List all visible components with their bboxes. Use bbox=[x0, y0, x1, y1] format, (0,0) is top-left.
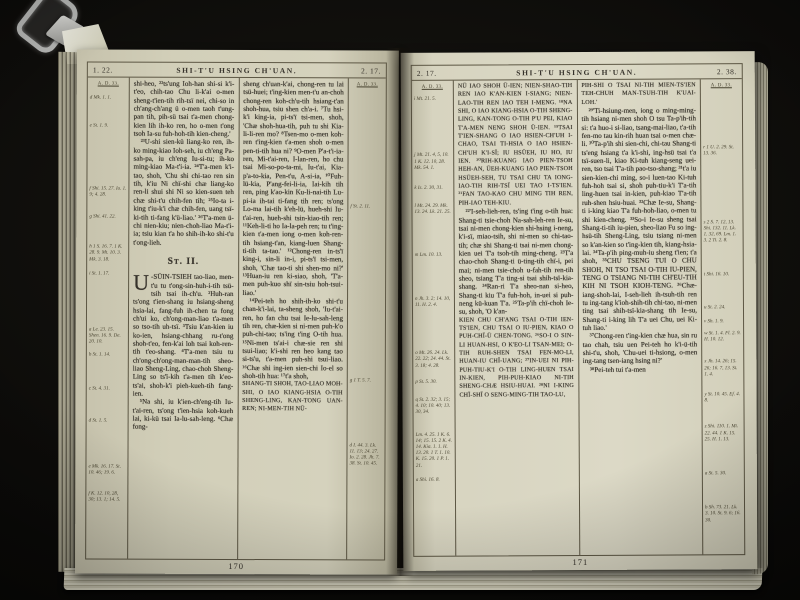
margin-note: v Sh. 1. 9. bbox=[704, 319, 741, 325]
margin-note: A. D. 33. bbox=[351, 82, 384, 88]
margin-note: g Shi. 41. 22. bbox=[89, 214, 126, 220]
margin-note: i St. 1. 17. bbox=[89, 271, 126, 277]
margin-notes-column: A. D. 33.r 1 U. 2. 29. St. 13. 36.s 2 S.… bbox=[700, 79, 744, 554]
scripture-paragraph: ²²'I-seh-lieh-ren, ts'ing t'ing o-tih hu… bbox=[458, 207, 573, 316]
margin-note: A. D. 33. bbox=[414, 85, 451, 91]
right-page-frame: 2. 17. SHI-T'U HSING CH'UAN. 2. 38. A. D… bbox=[411, 63, 746, 557]
scripture-paragraph: sheng ch'uan-k'ai, chong-ren tu lai tsü-… bbox=[243, 80, 344, 297]
margin-note: y St. 10. 45. Ef. 4. 8. bbox=[704, 392, 741, 405]
left-page: 1. 22. SHI-T'U HSING CH'UAN. 2. 17. A. D… bbox=[75, 49, 399, 574]
margin-note: b Sh. 73. 21. Lk. 3. 10. St. 9. 6; 16. 3… bbox=[705, 505, 742, 524]
scripture-paragraph: ⁵Na shi, iu k'ien-ch'eng-tih Iu-t'ai-ren… bbox=[133, 398, 234, 432]
left-page-frame: 1. 22. SHI-T'U HSING CH'UAN. 2. 17. A. D… bbox=[85, 61, 387, 560]
scripture-paragraph: PIH-SHI O TSAI NI-TIH MIEN-TS'IEN TEH-CH… bbox=[581, 81, 696, 107]
running-head-title: SHI-T'U HSING CH'UAN. bbox=[516, 67, 637, 77]
margin-note: s 2 S. 7. 12, 13. Shi. 132. 11. Lk. 1. 3… bbox=[704, 220, 741, 245]
page-number: 170 bbox=[75, 560, 397, 571]
margin-note: e Mk. 16. 17. St. 10. 46; 19. 6. bbox=[88, 465, 125, 478]
margin-note: i Mt. 21. 5. bbox=[414, 97, 451, 103]
photo-background: 1. 22. SHI-T'U HSING CH'UAN. 2. 17. A. D… bbox=[0, 0, 800, 600]
margin-note: n Jh. 3. 2; 14. 10, 11. H. 2. 4. bbox=[415, 296, 452, 309]
margin-note: k Is. 2. 30, 31. bbox=[414, 186, 451, 192]
margin-note: r 1 U. 2. 29. St. 13. 36. bbox=[703, 145, 740, 158]
margin-note: a St. 5. 30. bbox=[705, 471, 742, 477]
scripture-paragraph: U-SÜIN-TSIEH tao-liao, men-t'u tu t'ong-… bbox=[133, 273, 234, 399]
margin-note: f St. 2. 11. bbox=[350, 205, 383, 211]
scripture-paragraph: KIEN CHU CH'ANG TSAI O-TIH IEN-TS'IEN, C… bbox=[459, 316, 574, 400]
page-number: 171 bbox=[403, 556, 757, 568]
margin-note: z Shi. 110. 1. Mt. 22. 44. 1 K. 15. 25. … bbox=[705, 425, 742, 444]
head-verse-ref-right: 2. 38. bbox=[717, 67, 737, 76]
margin-note: a Shi. 16. 8. bbox=[416, 478, 453, 484]
head-verse-ref-left: 2. 17. bbox=[417, 68, 437, 77]
margin-note: u St. 2. 24. bbox=[704, 305, 741, 311]
text-column: sheng ch'uan-k'ai, chong-ren tu lai tsü-… bbox=[237, 78, 348, 559]
margin-note: p St. 5. 30. bbox=[415, 380, 452, 386]
head-verse-ref-right: 2. 17. bbox=[361, 66, 381, 75]
scripture-paragraph: ²³U-shi sien-kü liang-ko ren, ih-ko ming… bbox=[133, 138, 234, 247]
margin-note: Lm. 4. 25. 1 K. 6. 14; 15. 15. 2 K. 4. 1… bbox=[416, 432, 453, 469]
scripture-paragraph: shi-heo, ²²ts'ung Ioh-han shi-si k'i-t'e… bbox=[134, 80, 235, 139]
margin-note: d St. 1. 5. bbox=[89, 419, 126, 425]
margin-note: m Lm. 10. 13. bbox=[415, 252, 452, 258]
left-running-head: 1. 22. SHI-T'U HSING CH'UAN. 2. 17. bbox=[88, 62, 386, 78]
margin-note: h 1 S. 16. 7. 1 K. 28. 9. Mt. 10. 3. Mk.… bbox=[89, 245, 126, 264]
margin-note: e St. 1. 9. bbox=[90, 124, 127, 130]
margin-note: A. D. 33. bbox=[90, 81, 127, 87]
scripture-paragraph: SHANG-TI SHOH, TAO-LIAO MOH-SHI, O IAO K… bbox=[242, 380, 343, 414]
margin-note: A. D. 33. bbox=[703, 83, 740, 89]
margin-note: t Shi. 16. 10. bbox=[704, 273, 741, 279]
running-head-title: SHI-T'U HSING CH'UAN. bbox=[176, 65, 297, 74]
margin-note: g 1 T. 5. 7. bbox=[350, 379, 383, 385]
margin-note: w St. 1. 4. Fl. 2. 9. H. 10. 12. bbox=[704, 331, 741, 344]
scripture-paragraph: ²⁹'Ti-hsiung-men, iong o ming-ming-tih h… bbox=[581, 106, 697, 332]
margin-note: x Jh. 14. 26; 15. 26; 16. 7, 13. St. 1. … bbox=[704, 360, 741, 379]
gutter-shadow bbox=[386, 48, 414, 576]
right-page: 2. 17. SHI-T'U HSING CH'UAN. 2. 38. A. D… bbox=[401, 51, 758, 571]
scripture-paragraph: ³⁷Chong-ren t'ing-kien chæ hua, sin ru t… bbox=[583, 332, 698, 366]
margin-note: d Mk. 1. 1. bbox=[90, 96, 127, 102]
margin-notes-column: A. D. 33.d Mk. 1. 1.e St. 1. 9.f Shi. 15… bbox=[86, 77, 130, 558]
margin-note: o Mt. 26. 24. Lk. 22. 22; 24. 44. St. 3.… bbox=[415, 351, 452, 370]
margin-note: l Mt. 24. 29. Mk. 13. 24. Lk. 21. 25. bbox=[414, 204, 451, 217]
head-verse-ref-left: 1. 22. bbox=[93, 65, 113, 74]
left-page-columns: A. D. 33.d Mk. 1. 1.e St. 1. 9.f Shi. 15… bbox=[86, 77, 386, 559]
margin-note: a Le. 23. 15. Shen. 16. 9. De. 20. 10. bbox=[89, 328, 126, 347]
text-column: PIH-SHI O TSAI NI-TIH MIEN-TS'IEN TEH-CH… bbox=[576, 79, 702, 555]
scripture-paragraph: St. II. bbox=[133, 258, 234, 267]
margin-note: q St. 2. 32; 3. 15; 4. 10; 10. 40; 13. 3… bbox=[415, 398, 452, 417]
margin-note: j Mt. 21. 4, 5, 10. 1 K. 12. 10, 28. Mk.… bbox=[414, 153, 451, 172]
margin-note: f Shi. 15. 27. Io. 1. 9; 4. 28. bbox=[89, 186, 126, 199]
margin-notes-column: A. D. 33.f St. 2. 11.g 1 T. 5. 7.d I. 44… bbox=[346, 78, 386, 559]
margin-note: c St. 4. 31. bbox=[89, 386, 126, 392]
scripture-paragraph: ¹⁴Pei-teh ho shih-ih-ko shi-t'u chan-k'i… bbox=[242, 297, 343, 381]
text-column: NÜ IAO SHOH Ü-IEN; NIEN-SHAO-TIH REN IAO… bbox=[454, 80, 579, 556]
scripture-paragraph: ³⁸Pei-teh tui t'a-men bbox=[583, 365, 698, 374]
text-column: shi-heo, ²²ts'ung Ioh-han shi-si k'i-t'e… bbox=[128, 78, 238, 559]
margin-note: d I. 44. 3. Lk. 11. 13; 24. 27. Io. 2. 2… bbox=[349, 443, 382, 468]
margin-notes-column: A. D. 33.i Mt. 21. 5.j Mt. 21. 4, 5, 10.… bbox=[412, 81, 456, 556]
margin-note: b St. 1. 14. bbox=[89, 352, 126, 358]
right-page-columns: A. D. 33.i Mt. 21. 5.j Mt. 21. 4, 5, 10.… bbox=[412, 79, 744, 556]
scripture-paragraph: NÜ IAO SHOH Ü-IEN; NIEN-SHAO-TIH REN IAO… bbox=[458, 82, 573, 208]
right-running-head: 2. 17. SHI-T'U HSING CH'UAN. 2. 38. bbox=[412, 64, 742, 81]
margin-note: f K. 12. 10, 28, 30; 13. 1; 14. 5. bbox=[88, 491, 125, 504]
